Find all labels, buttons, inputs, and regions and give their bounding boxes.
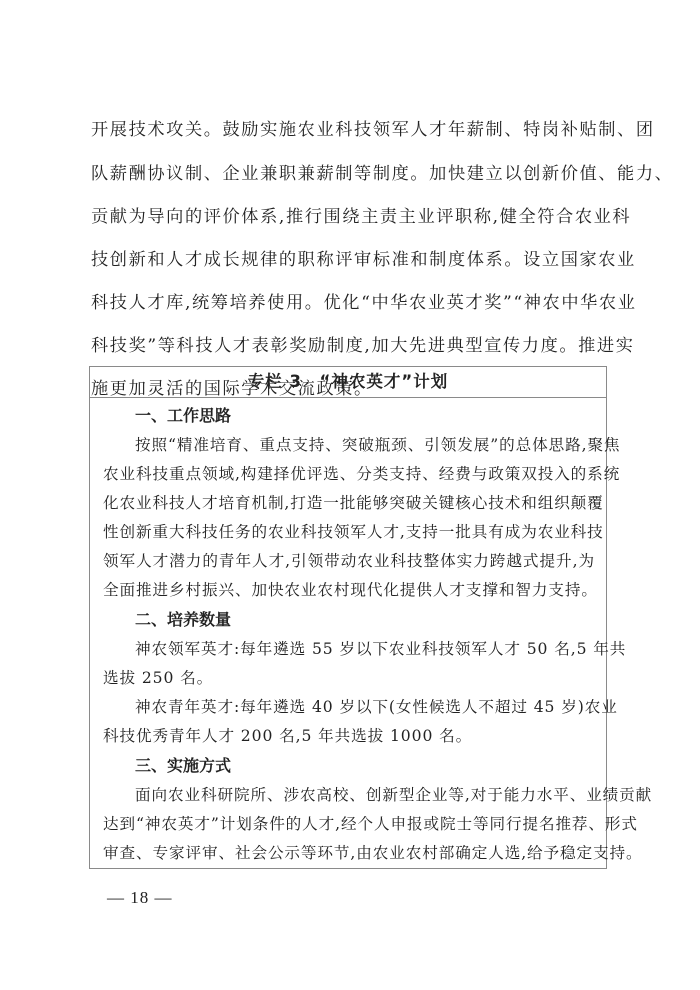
section-line: 性创新重大科技任务的农业科技领军人才,支持一批具有成为农业科技 bbox=[103, 522, 595, 542]
paragraph-line: 开展技术攻关。鼓励实施农业科技领军人才年薪制、特岗补贴制、团 bbox=[91, 120, 608, 140]
section-line: 神农青年英才:每年遴选 40 岁以下(女性候选人不超过 45 岁)农业 bbox=[103, 697, 595, 717]
section-line: 审查、专家评审、社会公示等环节,由农业农村部确定人选,给予稳定支持。 bbox=[103, 843, 595, 863]
paragraph-line: 科技人才库,统筹培养使用。优化“中华农业英才奖”“神农中华农业 bbox=[91, 293, 608, 313]
section-line: 领军人才潜力的青年人才,引领带动农业科技整体实力跨越式提升,为 bbox=[103, 551, 595, 571]
paragraph-line: 科技奖”等科技人才表彰奖励制度,加大先进典型宣传力度。推进实 bbox=[91, 336, 608, 356]
section-line: 全面推进乡村振兴、加快农业农村现代化提供人才支撑和智力支持。 bbox=[103, 580, 595, 600]
feature-box: 专栏 3 “神农英才”计划 一、工作思路 按照“精准培育、重点支持、突破瓶颈、引… bbox=[89, 366, 607, 869]
page-number: — 18 — bbox=[107, 888, 173, 908]
box-title: 专栏 3 “神农英才”计划 bbox=[90, 367, 606, 398]
section-line: 选拔 250 名。 bbox=[103, 668, 595, 688]
paragraph-line: 技创新和人才成长规律的职称评审标准和制度体系。设立国家农业 bbox=[91, 250, 608, 270]
section-line: 面向农业科研院所、涉农高校、创新型企业等,对于能力水平、业绩贡献 bbox=[103, 785, 595, 805]
section-line: 达到“神农英才”计划条件的人才,经个人申报或院士等同行提名推荐、形式 bbox=[103, 814, 595, 834]
section-line: 化农业科技人才培育机制,打造一批能够突破关键核心技术和组织颠覆 bbox=[103, 493, 595, 513]
section-line: 科技优秀青年人才 200 名,5 年共选拔 1000 名。 bbox=[103, 726, 595, 746]
section-line: 农业科技重点领域,构建择优评选、分类支持、经费与政策双投入的系统 bbox=[103, 464, 595, 484]
paragraph-line: 贡献为导向的评价体系,推行围绕主责主业评职称,健全符合农业科 bbox=[91, 207, 608, 227]
section-line: 按照“精准培育、重点支持、突破瓶颈、引领发展”的总体思路,聚焦 bbox=[103, 435, 595, 455]
paragraph-line: 队薪酬协议制、企业兼职兼薪制等制度。加快建立以创新价值、能力、 bbox=[91, 164, 608, 184]
section-heading: 一、工作思路 bbox=[135, 406, 231, 426]
section-heading: 三、实施方式 bbox=[135, 756, 231, 776]
section-line: 神农领军英才:每年遴选 55 岁以下农业科技领军人才 50 名,5 年共 bbox=[103, 639, 595, 659]
section-heading: 二、培养数量 bbox=[135, 610, 231, 630]
